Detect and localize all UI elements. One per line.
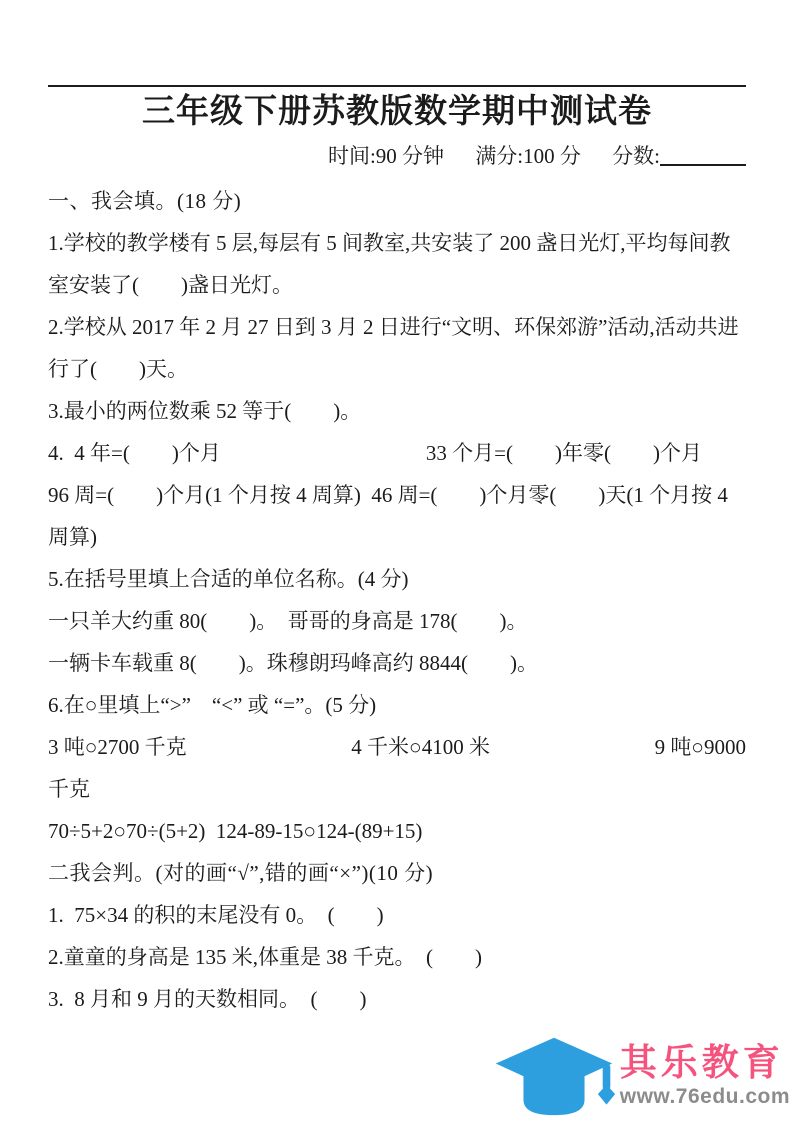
brand-logo: 其乐教育 www.76edu.com bbox=[490, 1033, 790, 1117]
page-title: 三年级下册苏教版数学期中测试卷 bbox=[48, 90, 746, 134]
s1-question-1: 1.学校的教学楼有 5 层,每层有 5 间教室,共安装了 200 盏日光灯,平均… bbox=[48, 222, 746, 306]
s1-question-2: 2.学校从 2017 年 2 月 27 日到 3 月 2 日进行“文明、环保郊游… bbox=[48, 306, 746, 390]
header-divider bbox=[48, 85, 746, 87]
logo-text-block: 其乐教育 www.76edu.com bbox=[620, 1042, 790, 1109]
full-score-label: 满分:100 分 bbox=[475, 144, 581, 168]
brand-name: 其乐教育 bbox=[620, 1042, 790, 1085]
s1-q4-left: 4. 4 年=( )个月 bbox=[48, 432, 221, 474]
test-paper-page: 三年级下册苏教版数学期中测试卷 时间:90 分钟 满分:100 分 分数: 一、… bbox=[0, 0, 793, 1122]
score-blank-line bbox=[660, 146, 746, 166]
s1-q4-right: 33 个月=( )年零( )个月 bbox=[426, 432, 702, 474]
s2-question-2: 2.童童的身高是 135 米,体重是 38 千克。 ( ) bbox=[48, 936, 746, 978]
s1-question-6-expressions: 70÷5+2○70÷(5+2) 124-89-15○124-(89+15) bbox=[48, 810, 746, 852]
s1-q6-item1: 3 吨○2700 千克 bbox=[48, 726, 187, 768]
time-label: 时间:90 分钟 bbox=[328, 144, 444, 168]
s1-question-6-wrap: 千克 bbox=[48, 768, 746, 810]
meta-line: 时间:90 分钟 满分:100 分 分数: bbox=[48, 140, 746, 172]
s1-question-4-row: 4. 4 年=( )个月 33 个月=( )年零( )个月 bbox=[48, 432, 746, 474]
document-content: 三年级下册苏教版数学期中测试卷 时间:90 分钟 满分:100 分 分数: 一、… bbox=[0, 85, 793, 1020]
graduation-cap-icon bbox=[490, 1033, 618, 1117]
s1-question-5-line2: 一只羊大约重 80( )。 哥哥的身高是 178( )。 bbox=[48, 600, 746, 642]
s1-question-5: 5.在括号里填上合适的单位名称。(4 分) bbox=[48, 558, 746, 600]
questions-body: 一、我会填。(18 分) 1.学校的教学楼有 5 层,每层有 5 间教室,共安装… bbox=[48, 180, 746, 1020]
brand-website: www.76edu.com bbox=[620, 1085, 790, 1108]
s2-question-3: 3. 8 月和 9 月的天数相同。 ( ) bbox=[48, 978, 746, 1020]
s1-q6-item3: 9 吨○9000 bbox=[655, 726, 746, 768]
s1-q6-item2: 4 千米○4100 米 bbox=[351, 726, 490, 768]
section2-heading: 二我会判。(对的画“√”,错的画“×”)(10 分) bbox=[48, 852, 746, 894]
score-label: 分数: bbox=[612, 144, 660, 168]
s1-question-6-row: 3 吨○2700 千克 4 千米○4100 米 9 吨○9000 bbox=[48, 726, 746, 768]
s1-question-3: 3.最小的两位数乘 52 等于( )。 bbox=[48, 390, 746, 432]
section1-heading: 一、我会填。(18 分) bbox=[48, 180, 746, 222]
s1-question-6: 6.在○里填上“>” “<” 或 “=”。(5 分) bbox=[48, 684, 746, 726]
s2-question-1: 1. 75×34 的积的末尾没有 0。 ( ) bbox=[48, 894, 746, 936]
s1-question-5-line3: 一辆卡车载重 8( )。珠穆朗玛峰高约 8844( )。 bbox=[48, 642, 746, 684]
s1-question-4-line2: 96 周=( )个月(1 个月按 4 周算) 46 周=( )个月零( )天(1… bbox=[48, 474, 746, 558]
